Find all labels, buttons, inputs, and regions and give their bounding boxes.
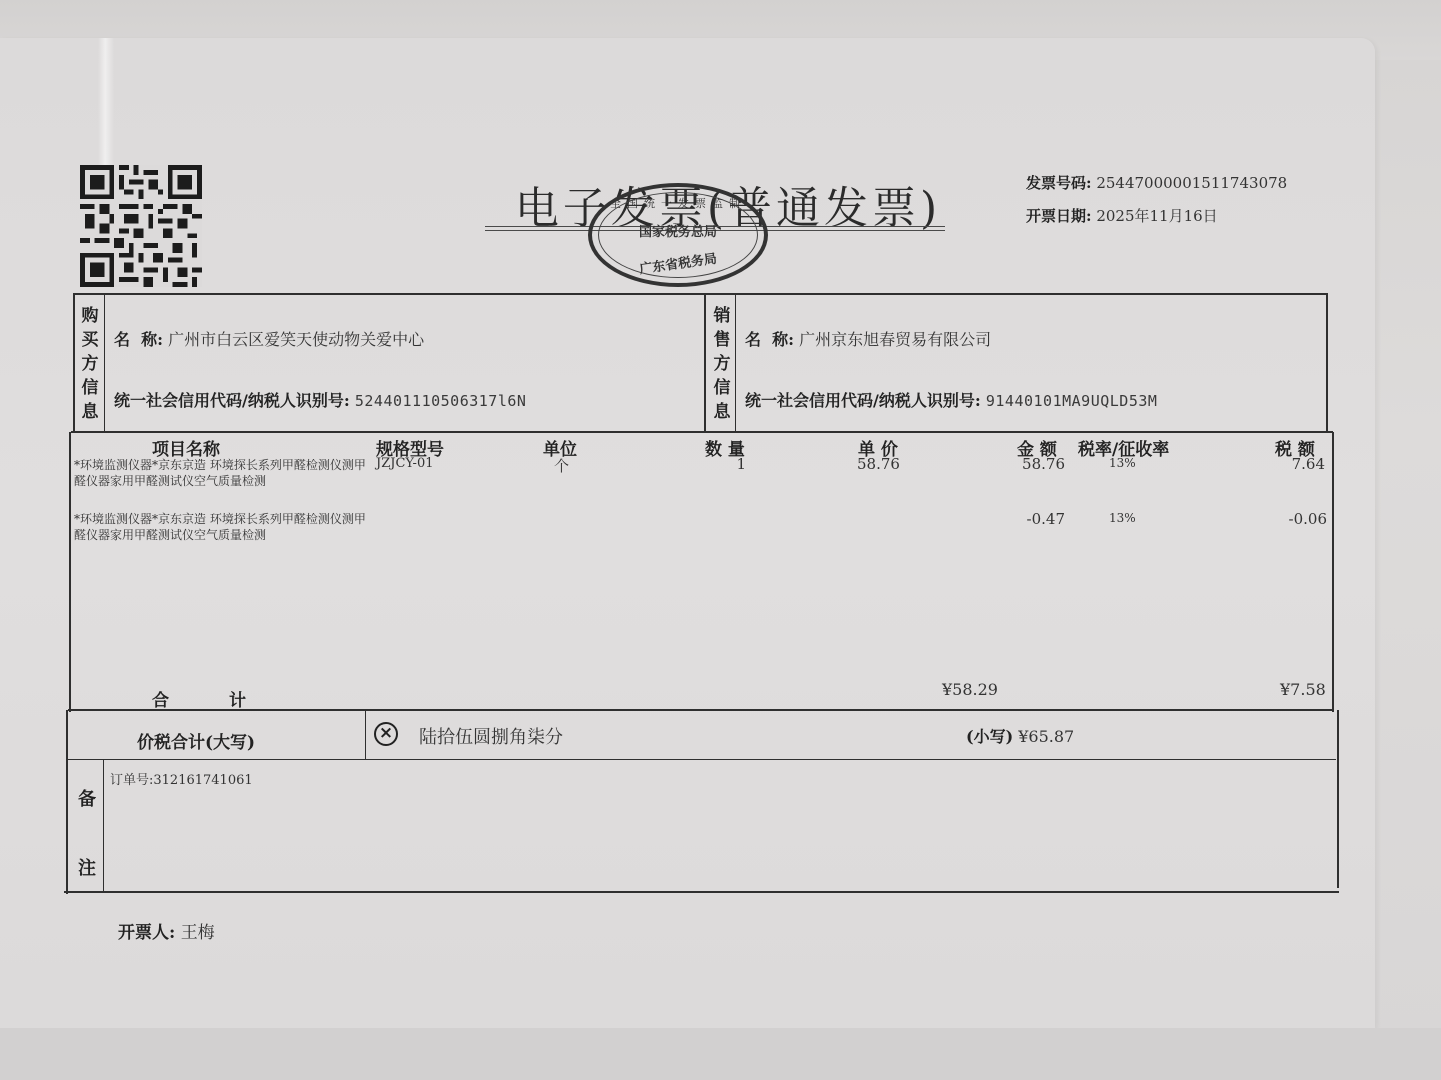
qr-code-icon bbox=[79, 165, 203, 287]
item-rate: 13% bbox=[1109, 511, 1136, 525]
seller-name: 名 称: 广州京东旭春贸易有限公司 bbox=[745, 327, 991, 350]
item-tax: -0.06 bbox=[1262, 510, 1327, 528]
item-tax: 7.64 bbox=[1260, 455, 1325, 473]
label-char: 买 bbox=[75, 328, 105, 352]
buyer-name-value: 广州市白云区爱笑天使动物关爱中心 bbox=[168, 330, 424, 349]
circle-x-icon: × bbox=[374, 722, 398, 746]
buyer-name-label: 名 称: bbox=[114, 330, 163, 349]
item-rate: 13% bbox=[1109, 456, 1136, 470]
label-char: 信 bbox=[75, 376, 105, 400]
seller-tax-id: 统一社会信用代码/纳税人识别号: 91440101MA9UQLD53M bbox=[745, 388, 1157, 411]
seller-tax-id-label: 统一社会信用代码/纳税人识别号: bbox=[745, 391, 981, 410]
buyer-section-label: 购 买 方 信 息 bbox=[75, 304, 105, 424]
buyer-name: 名 称: 广州市白云区爱笑天使动物关爱中心 bbox=[114, 327, 424, 350]
seller-name-value: 广州京东旭春贸易有限公司 bbox=[799, 330, 991, 349]
item-unit: 个 bbox=[554, 455, 569, 476]
grand-total-amount: ¥65.87 bbox=[1018, 727, 1074, 746]
seller-name-label: 名 称: bbox=[745, 330, 794, 349]
label-char: 方 bbox=[707, 352, 737, 376]
label-char: 方 bbox=[75, 352, 105, 376]
seller-tax-id-value: 91440101MA9UQLD53M bbox=[986, 392, 1158, 410]
label-char: 信 bbox=[707, 376, 737, 400]
remarks-text: 订单号:312161741061 bbox=[110, 769, 253, 788]
buyer-tax-id-value: 524401110506317l6N bbox=[355, 392, 527, 410]
amount-in-words: 陆拾伍圆捌角柒分 bbox=[419, 723, 563, 749]
remarks-label-bottom: 注 bbox=[78, 854, 96, 880]
invoice-number-value: 25447000001511743078 bbox=[1096, 174, 1287, 192]
item-amount: -0.47 bbox=[1000, 510, 1065, 528]
small-label: (小写) bbox=[966, 727, 1013, 746]
total-label: 合计 bbox=[152, 686, 306, 711]
item-name: *环境监测仪器*京东京造 环境探长系列甲醛检测仪测甲醛仪器家用甲醛测试仪空气质量… bbox=[74, 511, 374, 543]
invoice-number: 发票号码: 25447000001511743078 bbox=[1026, 172, 1287, 193]
label-char: 购 bbox=[75, 304, 105, 328]
item-spec: JZJCY-01 bbox=[376, 456, 434, 471]
tax-bureau-seal: 全国统一发票监制 国家税务总局 广东省税务局 bbox=[588, 183, 768, 287]
issuer: 开票人: 王梅 bbox=[118, 918, 215, 943]
label-char: 售 bbox=[707, 328, 737, 352]
invoice-number-label: 发票号码: bbox=[1026, 174, 1092, 192]
total-amount: ¥58.29 bbox=[942, 680, 998, 699]
paper-crease bbox=[98, 38, 114, 168]
buyer-tax-id-label: 统一社会信用代码/纳税人识别号: bbox=[114, 391, 350, 410]
issue-date-label: 开票日期: bbox=[1026, 207, 1092, 225]
grand-total-label: 价税合计(大写) bbox=[137, 728, 255, 753]
label-char: 息 bbox=[75, 400, 105, 424]
remarks-label-top: 备 bbox=[78, 785, 96, 811]
item-amount: 58.76 bbox=[1000, 455, 1065, 473]
seller-section-label: 销 售 方 信 息 bbox=[707, 304, 737, 424]
total-tax: ¥7.58 bbox=[1280, 680, 1326, 699]
label-char: 息 bbox=[707, 400, 737, 424]
issuer-name: 王梅 bbox=[181, 923, 215, 943]
item-qty: 1 bbox=[700, 455, 746, 473]
issuer-label: 开票人: bbox=[118, 923, 175, 943]
grand-total-small: (小写) ¥65.87 bbox=[966, 724, 1074, 747]
item-price: 58.76 bbox=[857, 455, 900, 473]
issue-date-value: 2025年11月16日 bbox=[1096, 207, 1217, 225]
item-name: *环境监测仪器*京东京造 环境探长系列甲醛检测仪测甲醛仪器家用甲醛测试仪空气质量… bbox=[74, 457, 374, 489]
label-char: 销 bbox=[707, 304, 737, 328]
issue-date: 开票日期: 2025年11月16日 bbox=[1026, 205, 1218, 226]
seal-middle-text: 国家税务总局 bbox=[592, 221, 764, 240]
seal-top-text: 全国统一发票监制 bbox=[592, 195, 764, 211]
buyer-tax-id: 统一社会信用代码/纳税人识别号: 524401110506317l6N bbox=[114, 388, 526, 411]
background-surface bbox=[0, 1028, 1441, 1080]
